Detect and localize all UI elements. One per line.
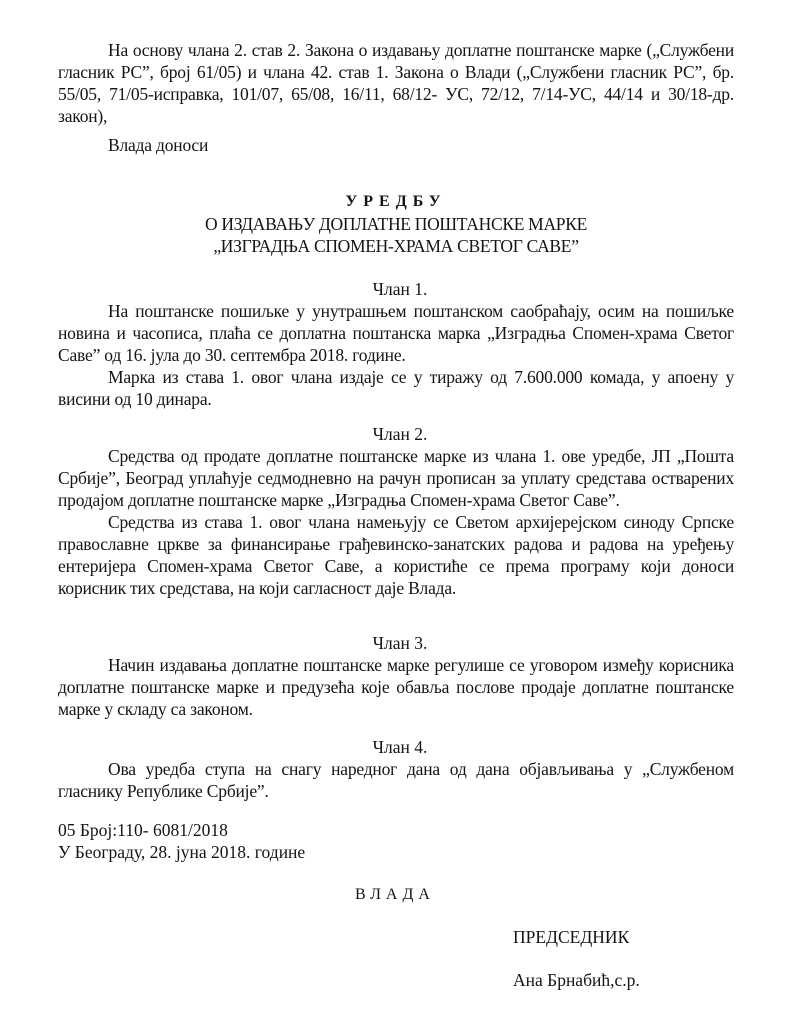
article-2: Члан 2. Средства од продате доплатне пош… <box>58 423 734 599</box>
document-reference: 05 Број:110- 6081/2018 У Београду, 28. ј… <box>58 819 734 863</box>
article-heading: Члан 1. <box>58 278 734 300</box>
article-heading: Члан 4. <box>58 736 734 758</box>
signatory-name: Ана Брнабић,с.р. <box>513 969 640 991</box>
article-paragraph: Марка из става 1. овог члана издаје се у… <box>58 366 734 410</box>
article-paragraph: Начин издавања доплатне поштанске марке … <box>58 654 734 720</box>
preamble: На основу члана 2. став 2. Закона о изда… <box>58 39 734 127</box>
article-paragraph: Средства од продате доплатне поштанске м… <box>58 445 734 511</box>
article-paragraph: На поштанске пошиљке у унутрашњем поштан… <box>58 300 734 366</box>
article-heading: Члан 2. <box>58 423 734 445</box>
signatory-position: ПРЕДСЕДНИК <box>513 926 629 948</box>
document-number: 05 Број:110- 6081/2018 <box>58 819 734 841</box>
place-and-date: У Београду, 28. јуна 2018. године <box>58 841 734 863</box>
article-paragraph: Средства из става 1. овог члана намењују… <box>58 511 734 599</box>
preamble-text: На основу члана 2. став 2. Закона о изда… <box>58 39 734 127</box>
title-main: УРЕДБУ <box>58 191 734 213</box>
government-label: ВЛАДА <box>355 884 435 906</box>
enacting-text: Влада доноси <box>58 134 734 156</box>
article-1: Члан 1. На поштанске пошиљке у унутрашње… <box>58 278 734 410</box>
article-paragraph: Ова уредба ступа на снагу наредног дана … <box>58 758 734 802</box>
article-heading: Члан 3. <box>58 632 734 654</box>
article-3: Члан 3. Начин издавања доплатне поштанск… <box>58 632 734 720</box>
article-4: Члан 4. Ова уредба ступа на снагу наредн… <box>58 736 734 802</box>
decree-title: УРЕДБУ О ИЗДАВАЊУ ДОПЛАТНЕ ПОШТАНСКЕ МАР… <box>58 191 734 257</box>
title-subject: О ИЗДАВАЊУ ДОПЛАТНЕ ПОШТАНСКЕ МАРКЕ <box>58 213 734 235</box>
title-stamp-name: „ИЗГРАДЊА СПОМЕН-ХРАМА СВЕТОГ САВЕ” <box>58 235 734 257</box>
enacting-clause: Влада доноси <box>58 134 734 156</box>
